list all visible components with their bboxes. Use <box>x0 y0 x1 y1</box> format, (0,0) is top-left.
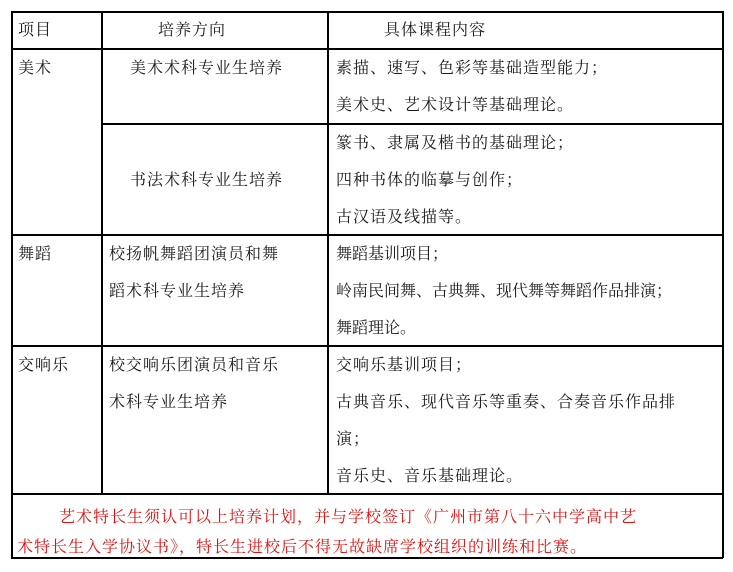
row-symphony-item: 交响乐 <box>18 346 69 383</box>
direction-line: 书法术科专业生培养 <box>130 161 283 198</box>
content-line: 美术史、艺术设计等基础理论。 <box>336 86 608 123</box>
content-line: 四种书体的临摹与创作； <box>336 161 574 198</box>
row-art-calligraphy-direction: 书法术科专业生培养 <box>130 161 283 198</box>
direction-line: 美术术科专业生培养 <box>130 49 283 86</box>
row-dance-content: 舞蹈基训项目； 岭南民间舞、古典舞、现代舞等舞蹈作品排演； 舞蹈理论。 <box>336 235 672 346</box>
course-table: 项目 培养方向 具体课程内容 美术 美术术科专业生培养 素描、速写、色彩等基础造… <box>11 11 723 558</box>
content-line: 古典音乐、现代音乐等重奏、合奏音乐作品排 <box>336 383 676 420</box>
table-border-left <box>11 11 13 558</box>
row-symphony-content: 交响乐基训项目； 古典音乐、现代音乐等重奏、合奏音乐作品排 演； 音乐史、音乐基… <box>336 346 676 494</box>
content-line: 素描、速写、色彩等基础造型能力； <box>336 49 608 86</box>
direction-line: 蹈术科专业生培养 <box>109 272 279 309</box>
header-content: 具体课程内容 <box>384 11 486 48</box>
direction-line: 校扬帆舞蹈团演员和舞 <box>109 235 279 272</box>
header-item: 项目 <box>18 11 52 48</box>
content-line: 音乐史、音乐基础理论。 <box>336 457 676 494</box>
row-art-calligraphy-content: 篆书、隶属及楷书的基础理论； 四种书体的临摹与创作； 古汉语及线描等。 <box>336 124 574 235</box>
table-border-top <box>11 11 723 13</box>
row-art-painting-content: 素描、速写、色彩等基础造型能力； 美术史、艺术设计等基础理论。 <box>336 49 608 123</box>
content-line: 岭南民间舞、古典舞、现代舞等舞蹈作品排演； <box>336 272 672 309</box>
direction-line: 校交响乐团演员和音乐 <box>109 346 279 383</box>
col-divider-2 <box>327 11 329 494</box>
header-direction: 培养方向 <box>158 11 226 48</box>
content-line: 交响乐基训项目； <box>336 346 676 383</box>
footer-line: 艺术特长生须认可以上培养计划，并与学校签订《广州市第八十六中学高中艺 <box>17 502 717 532</box>
row-dance-direction: 校扬帆舞蹈团演员和舞 蹈术科专业生培养 <box>109 235 279 309</box>
col-divider-1 <box>101 11 103 494</box>
footer-line: 术特长生入学协议书》，特长生进校后不得无故缺席学校组织的训练和比赛。 <box>17 532 717 562</box>
row-art-painting-direction: 美术术科专业生培养 <box>130 49 283 86</box>
content-line: 舞蹈理论。 <box>336 309 672 346</box>
footer-note: 艺术特长生须认可以上培养计划，并与学校签订《广州市第八十六中学高中艺 术特长生入… <box>11 494 723 557</box>
content-line: 演； <box>336 420 676 457</box>
row-art-item: 美术 <box>18 49 52 86</box>
row-symphony-direction: 校交响乐团演员和音乐 术科专业生培养 <box>109 346 279 420</box>
footer-text: 艺术特长生须认可以上培养计划，并与学校签订《广州市第八十六中学高中艺 术特长生入… <box>17 502 717 562</box>
content-line: 古汉语及线描等。 <box>336 198 574 235</box>
table-border-right <box>722 11 724 558</box>
direction-line: 术科专业生培养 <box>109 383 279 420</box>
content-line: 舞蹈基训项目； <box>336 235 672 272</box>
content-line: 篆书、隶属及楷书的基础理论； <box>336 124 574 161</box>
row-dance-item: 舞蹈 <box>18 235 52 272</box>
